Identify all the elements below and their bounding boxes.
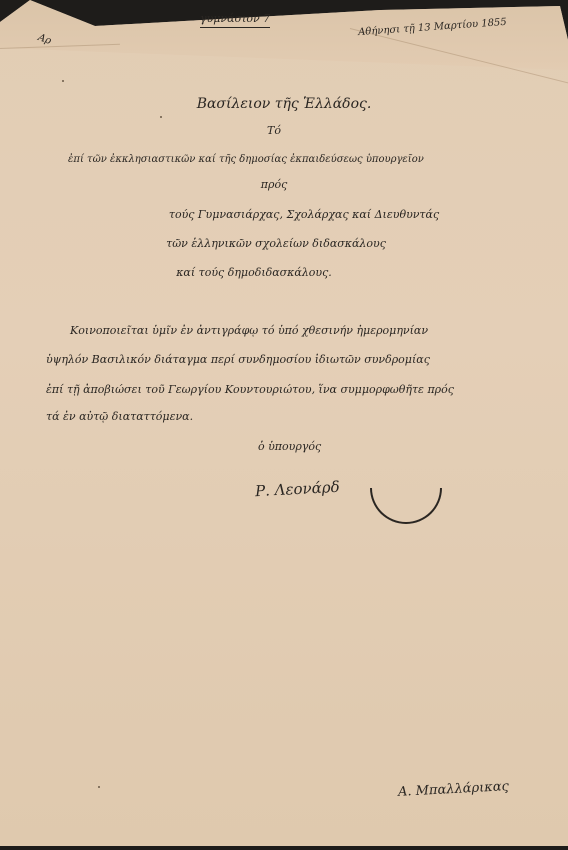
body-line-2: ὑψηλόν Βασιλικόν διάταγμα περί συνδημοσί…	[46, 353, 430, 366]
recipients-line-2-text: τῶν ἑλληνικῶν σχολείων διδασκάλους	[166, 237, 386, 250]
body-line-1: Κοινοποιεῖται ὑμῖν ἐν ἀντιγράφῳ τό ὑπό χ…	[70, 324, 428, 337]
kingdom-title: Βασίλειον τῆς Ἑλλάδος.	[0, 96, 568, 112]
minister-title: ὁ ὑπουργός	[258, 440, 321, 453]
body-line-3: ἐπί τῇ ἀποβιώσει τοῦ Γεωργίου Κουντουριώ…	[46, 383, 454, 396]
paper-spot	[160, 116, 162, 118]
ministry-line: ἐπί τῶν ἐκκλησιαστικῶν καί τῆς δημοσίας …	[68, 154, 424, 165]
recipients-line-2: τῶν ἑλληνικῶν σχολείων διδασκάλους	[0, 237, 560, 250]
file-note: γυμνάσιον 7	[200, 12, 270, 28]
paper-spot	[62, 80, 64, 82]
article-label: Τό	[0, 124, 558, 137]
paper-spot	[98, 786, 100, 788]
body-line-4: τά ἐν αὐτῷ διαταττόμενα.	[46, 410, 193, 423]
recipients-line-3: καί τούς δημοδιδασκάλους.	[0, 266, 538, 279]
to-label: πρός	[0, 178, 558, 191]
recipients-line-1: τούς Γυμνασιάρχας, Σχολάρχας καί Διευθυν…	[20, 208, 568, 221]
